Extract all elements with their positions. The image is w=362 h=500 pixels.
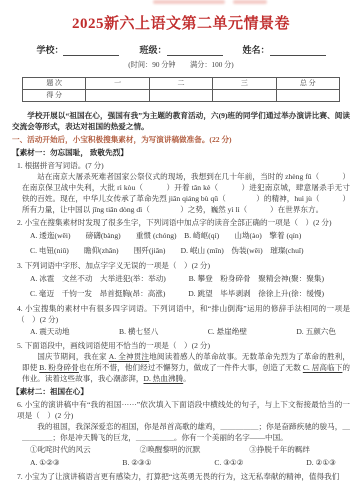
question-3-options-line-2: C. 毫迈 千钧一发 昂首挺胸(昂：高涨) D. 跳望 毕毕剥剥 徐徐上升(徐：…	[30, 287, 350, 301]
question-6-options-row: A. ①②③ B. ②③① C. ③①② D. ②①③	[30, 457, 336, 469]
score-cell-empty	[276, 90, 339, 102]
name-group: 姓名：	[243, 45, 326, 56]
class-group: 班级：	[139, 45, 238, 56]
question-7-stem: 7. 小宝为了让演讲稿语言更有感染力，打算把“这英勇无畏的行为，这无私奉献的精神…	[17, 471, 350, 482]
score-header-cell: 二	[149, 78, 212, 90]
score-cell-empty	[86, 90, 149, 102]
q5-underlined-a: A. 全神贯注	[109, 352, 149, 361]
option-a: A. ①②③	[30, 457, 60, 469]
class-blank	[167, 45, 223, 56]
school-blank	[63, 45, 119, 56]
score-header-cell: 一	[86, 78, 149, 90]
score-row-label: 得 分	[23, 90, 86, 102]
material-one-title: 【素材一：勿忘国耻， 致敬先烈】	[12, 147, 350, 158]
intro-paragraph: 学校开展以“祖国在心，强国有我”为主题的教育活动，六(9)班的同学们通过举办演讲…	[12, 110, 350, 132]
exam-paper-page: 2025新六上语文第二单元情景卷 学校： 班级： 姓名： (时间：90 分钟 满…	[0, 0, 362, 482]
student-info-row: 学校： 班级： 姓名：	[12, 45, 350, 56]
score-table-header-row: 题 次 一 二 三 总 分	[23, 78, 340, 90]
class-label: 班级：	[139, 45, 166, 56]
question-1-passage: 站在南京大屠杀死难者国家公祭仪式的现场，我想到在几十年前，当时的 zhèng f…	[22, 171, 350, 215]
question-6-sentence-items: ①叱咤时代的风云 ②唤醒黎明的沉默 ③挣脱千年的羁绊	[30, 444, 310, 456]
score-cell-empty	[149, 90, 212, 102]
score-header-cell: 总 分	[276, 78, 339, 90]
q5-text: 国庆节期间，我在家	[37, 352, 109, 361]
question-6-passage: 我的祖国，我深深爱恋的祖国，你是昂首高歌的雄鸡，＿＿＿＿＿；你是奋蹄疾驰的骏马，…	[22, 421, 350, 443]
question-3-stem: 3. 下列词语中字形、加点字字义无误的一项是（ ）(2 分)	[17, 260, 350, 271]
option-c: C. ③①②	[214, 457, 243, 469]
score-header-cell: 三	[213, 78, 276, 90]
option-d: D. 五颜六色	[296, 326, 336, 338]
name-blank	[270, 45, 326, 56]
item-1: ①叱咤时代的风云	[30, 444, 91, 456]
section-one-heading: 一、活动开始后，小宝积极搜集素材，为写演讲稿做准备。(22 分)	[12, 134, 350, 145]
question-4-options-row: A. 震天动地 B. 横七竖八 C. 悬崖绝壁 D. 五颜六色	[30, 326, 336, 338]
school-group: 学校：	[36, 45, 135, 56]
question-2-options-line-2: C. 电钮(niǔ) 瞻仰(zhān) 围歼(jiān) D. 岷山 (mǐn)…	[30, 244, 350, 258]
score-header-cell: 题 次	[23, 78, 86, 90]
q5-underlined-b: B. 粉身碎骨	[39, 363, 79, 372]
q5-text: 。	[183, 374, 191, 383]
question-2-stem: 2. 小宝在搜集素材时发现了很多生字，下列词语中加点字的读音全部正确的一项是（ …	[17, 217, 350, 228]
time-score-note: (时间：90 分钟 满分：100 分)	[12, 60, 350, 71]
name-label: 姓名：	[243, 45, 270, 56]
item-3: ③挣脱千年的羁绊	[249, 444, 310, 456]
scan-artifact	[153, 0, 225, 4]
question-5-stem: 5. 下面语段中，画线词语使用不恰当的一项是（ ）(2 分)	[17, 340, 350, 351]
scan-artifact	[233, 0, 267, 4]
option-c: C. 悬崖绝壁	[208, 326, 247, 338]
material-two-title: 【素材二：祖国在心】	[12, 386, 350, 397]
question-2-options-line-1: A. 逶迤(wēi) 磅礴(bàng) 重惯 (chóng) B. 崎岖(qí)…	[30, 229, 350, 243]
score-table: 题 次 一 二 三 总 分 得 分	[22, 77, 340, 102]
option-b: B. ②③①	[122, 457, 151, 469]
q5-text: 也在所不惜，他们经过不懈努力，做成了一件件大事，创造了无数	[79, 363, 303, 372]
paper-title: 2025新六上语文第二单元情景卷	[12, 14, 350, 34]
question-5-passage: 国庆节期间，我在家 A. 全神贯注地阅读着感人的革命故事。无数革命先烈为了革命的…	[22, 351, 350, 384]
option-b: B. 横七竖八	[119, 326, 158, 338]
question-4-stem: 4. 小宝搜集的素材中有很多四字词语。下列词语中，和“排山倒海”运用的修辞手法相…	[17, 303, 350, 325]
question-1-stem: 1. 根据拼音写词语。(7 分)	[17, 160, 350, 171]
item-2: ②唤醒黎明的沉默	[140, 444, 201, 456]
q5-underlined-d: D. 热血沸腾	[144, 374, 184, 383]
score-table-score-row: 得 分	[23, 90, 340, 102]
q5-underlined-c: C. 居高临下	[303, 363, 343, 372]
option-a: A. 震天动地	[30, 326, 70, 338]
option-d: D. ②①③	[306, 457, 336, 469]
question-6-stem: 6. 小宝的演讲稿中有“我的祖国······”依次填入下面语段中横线处的句子，与…	[17, 399, 350, 421]
question-3-options-line-1: A. 冰雹 文丝不动 大举进犯(举：举动) B. 攀登 粉身碎骨 聚精会神(聚：…	[30, 272, 350, 286]
score-cell-empty	[213, 90, 276, 102]
school-label: 学校：	[36, 45, 63, 56]
